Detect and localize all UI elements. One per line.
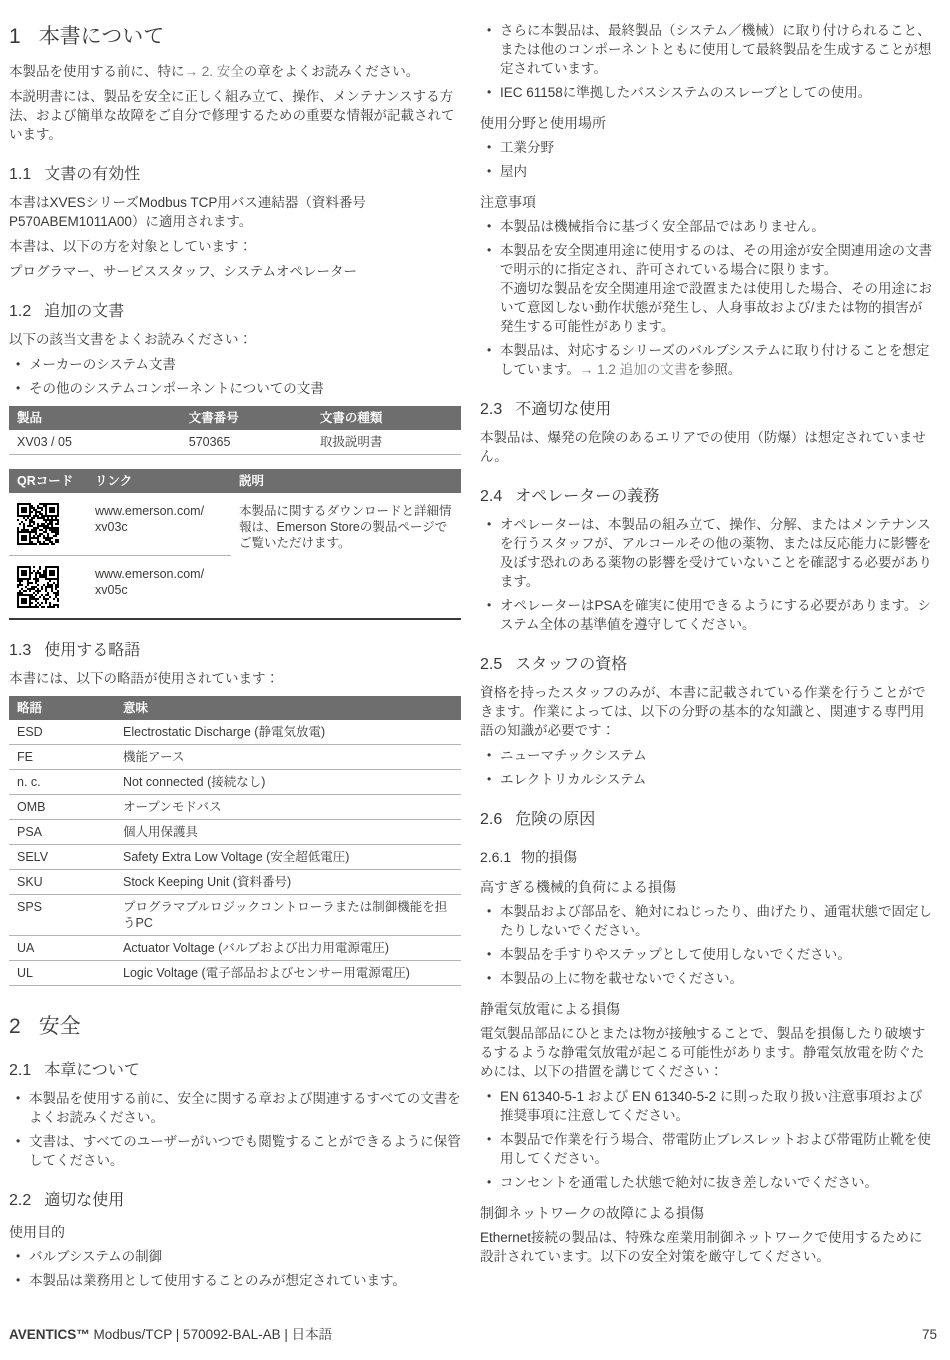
page-footer: AVENTICS™ Modbus/TCP | 570092-BAL-AB | 日…: [9, 1325, 937, 1344]
table-cell: OMB: [9, 795, 115, 820]
table-header-row: 製品 文書番号 文書の種類: [9, 406, 461, 430]
section-number: 2.3: [480, 401, 502, 418]
list-item: その他のシステムコンポーネントについての文書: [9, 379, 461, 398]
list-item-text: 工業分野: [500, 140, 554, 155]
section-title: 適切な使用: [44, 1192, 124, 1209]
list-item: オペレーターはPSAを確実に使用できるようにする必要があります。システム全体の基…: [480, 596, 932, 634]
list-item: オペレーターは、本製品の組み立て、操作、分解、またはメンテナンスを行うスタッフが…: [480, 515, 932, 591]
chapter-heading-1: 1本書について: [9, 24, 461, 50]
list-item-text: 本製品を使用する前に、安全に関する章および関連するすべての文書をよくお読みくださ…: [29, 1091, 461, 1125]
table-row: n. c.Not connected (接続なし): [9, 770, 461, 795]
paragraph: 資格を持ったスタッフのみが、本書に記載されている作業を行うことができます。作業に…: [480, 683, 932, 740]
list-item: コンセントを通電した状態で絶対に抜き差しないでください。: [480, 1173, 932, 1192]
table-row: SPSプログラマブルロジックコントローラまたは制御機能を担うPC: [9, 895, 461, 936]
table-header-row: QRコード リンク 説明: [9, 469, 461, 493]
list-item: 本製品を手すりやステップとして使用しないでください。: [480, 945, 932, 964]
list-item-text: その他のシステムコンポーネントについての文書: [29, 381, 324, 396]
paragraph: 本書には、以下の略語が使用されています：: [9, 669, 461, 688]
table-header-cell: リンク: [87, 469, 231, 493]
table-cell: [9, 556, 87, 620]
list-item-text: コンセントを通電した状態で絶対に抜き差しないでください。: [500, 1175, 878, 1190]
paragraph: 電気製品部品にひとまたは物が接触することで、製品を損傷したり破壊するするような静…: [480, 1024, 932, 1081]
table-header-cell: QRコード: [9, 469, 87, 493]
section-title: 本章について: [44, 1062, 140, 1079]
list-item-text: 本製品の上に物を載せないでください。: [500, 971, 743, 986]
column-left: 1本書について 本製品を使用する前に、特に→ 2. 安全の章をよくお読みください…: [9, 20, 461, 1296]
chapter-title: 安全: [39, 1015, 81, 1038]
list-item-text: 本製品は機械指令に基づく安全部品ではありません。: [500, 219, 825, 234]
paragraph: プログラマー、サービススタッフ、システムオペレーター: [9, 262, 461, 281]
list-item-text: メーカーのシステム文書: [29, 357, 176, 372]
table-cell: 本製品に関するダウンロードと詳細情報は、Emerson Storeの製品ページで…: [231, 493, 461, 619]
section-heading-2-4: 2.4オペレーターの義務: [480, 486, 932, 507]
table-cell: SKU: [9, 870, 115, 895]
list-item-text: オペレーターは、本製品の組み立て、操作、分解、またはメンテナンスを行うスタッフが…: [500, 517, 932, 589]
table-cell: SELV: [9, 845, 115, 870]
list-item: 本製品の上に物を載せないでください。: [480, 969, 932, 988]
list-item-text: 本製品を安全関連用途に使用するのは、その用途が安全関連用途の文書で明示的に指定さ…: [500, 243, 932, 334]
list-item: EN 61340-5-1 および EN 61340-5-2 に則った取り扱い注意…: [480, 1087, 932, 1125]
subheading-esd: 静電気放電による損傷: [480, 1000, 932, 1018]
column-right: さらに本製品は、最終製品（システム／機械）に取り付けられること、または他のコンポ…: [480, 20, 932, 1296]
table-cell: Safety Extra Low Voltage (安全超低電圧): [115, 845, 461, 870]
table-row: SELVSafety Extra Low Voltage (安全超低電圧): [9, 845, 461, 870]
table-cell: [9, 493, 87, 556]
bullet-list: メーカーのシステム文書 その他のシステムコンポーネントについての文書: [9, 355, 461, 398]
list-item: ニューマチックシステム: [480, 746, 932, 765]
section-heading-1-1: 1.1文書の有効性: [9, 164, 461, 185]
list-item: IEC 61158に準拠したバスシステムのスレーブとしての使用。: [480, 83, 932, 102]
brand-name: AVENTICS™: [9, 1327, 90, 1342]
paragraph-intro-2: 本説明書には、製品を安全に正しく組み立て、操作、メンテナンスする方法、および簡単…: [9, 87, 461, 144]
table-row: XV03 / 05 570365 取扱説明書: [9, 430, 461, 455]
text-run: 本製品を使用する前に、特に: [9, 64, 185, 79]
section-title: オペレーターの義務: [515, 488, 659, 505]
table-row: UAActuator Voltage (バルブおよび出力用電源電圧): [9, 936, 461, 961]
list-item-text: 本製品および部品を、絶対にねじったり、曲げたり、通電状態で固定したりしないでくだ…: [500, 904, 932, 938]
section-heading-1-3: 1.3使用する略語: [9, 640, 461, 661]
list-item: エレクトリカルシステム: [480, 770, 932, 789]
bullet-list: 本製品は機械指令に基づく安全部品ではありません。 本製品を安全関連用途に使用する…: [480, 217, 932, 379]
subheading-purpose: 使用目的: [9, 1223, 461, 1241]
table-cell: 個人用保護具: [115, 820, 461, 845]
section-title: スタッフの資格: [515, 656, 627, 673]
paragraph: 以下の該当文書をよくお読みください：: [9, 330, 461, 349]
table-cell: Actuator Voltage (バルブおよび出力用電源電圧): [115, 936, 461, 961]
section-title: 危険の原因: [515, 811, 595, 828]
table-row: www.emerson.com/ xv03c 本製品に関するダウンロードと詳細情…: [9, 493, 461, 556]
bullet-list: 本製品および部品を、絶対にねじったり、曲げたり、通電状態で固定したりしないでくだ…: [480, 902, 932, 988]
table-header-cell: 文書番号: [181, 406, 312, 430]
section-number: 2.1: [9, 1062, 31, 1079]
list-item-text: さらに本製品は、最終製品（システム／機械）に取り付けられること、または他のコンポ…: [500, 23, 931, 76]
table-cell: ESD: [9, 720, 115, 745]
section-title: 不適切な使用: [515, 401, 611, 418]
table-header-cell: 意味: [115, 696, 461, 720]
table-abbreviations: 略語 意味 ESDElectrostatic Discharge (静電気放電)…: [9, 696, 461, 986]
section-title: 物的損傷: [521, 849, 577, 865]
table-row: ESDElectrostatic Discharge (静電気放電): [9, 720, 461, 745]
table-cell: UL: [9, 961, 115, 986]
section-title: 使用する略語: [44, 642, 140, 659]
paragraph: 本書はXVESシリーズModbus TCP用バス連結器（資料番号P570ABEM…: [9, 193, 461, 231]
list-item: 文書は、すべてのユーザーがいつでも閲覧することができるように保管してください。: [9, 1132, 461, 1170]
qr-code-xv03c: [17, 503, 59, 545]
qr-code-xv05c: [17, 566, 59, 608]
list-item: 工業分野: [480, 138, 932, 157]
table-documents: 製品 文書番号 文書の種類 XV03 / 05 570365 取扱説明書: [9, 406, 461, 455]
list-item-text: バルブシステムの制御: [29, 1249, 162, 1264]
table-header-row: 略語 意味: [9, 696, 461, 720]
list-item-text: EN 61340-5-1 および EN 61340-5-2 に則った取り扱い注意…: [500, 1089, 922, 1123]
list-item-text: 本製品で作業を行う場合、帯電防止ブレスレットおよび帯電防止靴を使用してください。: [500, 1132, 931, 1166]
chapter-number: 2: [9, 1015, 21, 1038]
list-item-text: 本製品は業務用として使用することのみが想定されています。: [29, 1273, 406, 1288]
section-heading-2-5: 2.5スタッフの資格: [480, 654, 932, 675]
list-item-text: ニューマチックシステム: [500, 748, 647, 763]
footer-document-id: AVENTICS™ Modbus/TCP | 570092-BAL-AB | 日…: [9, 1325, 332, 1344]
list-item: さらに本製品は、最終製品（システム／機械）に取り付けられること、または他のコンポ…: [480, 21, 932, 78]
section-heading-2-2: 2.2適切な使用: [9, 1190, 461, 1211]
table-row: FE機能アース: [9, 745, 461, 770]
list-item: 屋内: [480, 162, 932, 181]
list-item-text: 文書は、すべてのユーザーがいつでも閲覧することができるように保管してください。: [29, 1134, 461, 1168]
page-body: 1本書について 本製品を使用する前に、特に→ 2. 安全の章をよくお読みください…: [0, 0, 950, 1296]
bullet-list: EN 61340-5-1 および EN 61340-5-2 に則った取り扱い注意…: [480, 1087, 932, 1192]
list-item: 本製品および部品を、絶対にねじったり、曲げたり、通電状態で固定したりしないでくだ…: [480, 902, 932, 940]
table-qr: QRコード リンク 説明 www.emerson.com/ xv03c 本製品に…: [9, 469, 461, 620]
subheading-fields-of-use: 使用分野と使用場所: [480, 114, 932, 132]
subheading-mechanical-load: 高すぎる機械的負荷による損傷: [480, 878, 932, 896]
bullet-list: オペレーターは、本製品の組み立て、操作、分解、またはメンテナンスを行うスタッフが…: [480, 515, 932, 634]
list-item: 本製品は業務用として使用することのみが想定されています。: [9, 1271, 461, 1290]
table-row: PSA個人用保護具: [9, 820, 461, 845]
page-number: 75: [922, 1325, 937, 1344]
manual-page: { "footer": {"brand": "AVENTICS™", "rest…: [0, 0, 950, 1360]
table-cell: Stock Keeping Unit (資料番号): [115, 870, 461, 895]
text-run: を参照。: [687, 362, 741, 377]
url-link[interactable]: www.emerson.com/ xv05c: [87, 556, 231, 620]
table-cell: XV03 / 05: [9, 430, 181, 455]
table-header-cell: 文書の種類: [312, 406, 461, 430]
cross-reference-link[interactable]: → 2. 安全: [185, 64, 244, 79]
cross-reference-link[interactable]: → 1.2 追加の文書: [580, 362, 687, 377]
bullet-list: バルブシステムの制御 本製品は業務用として使用することのみが想定されています。: [9, 1247, 461, 1290]
table-cell: Not connected (接続なし): [115, 770, 461, 795]
text-run: の章をよくお読みください。: [244, 64, 420, 79]
list-item-text: エレクトリカルシステム: [500, 772, 646, 787]
list-item: 本製品を安全関連用途に使用するのは、その用途が安全関連用途の文書で明示的に指定さ…: [480, 241, 932, 336]
bullet-list: ニューマチックシステム エレクトリカルシステム: [480, 746, 932, 789]
table-cell: Electrostatic Discharge (静電気放電): [115, 720, 461, 745]
table-cell: PSA: [9, 820, 115, 845]
table-header-cell: 略語: [9, 696, 115, 720]
table-row: OMBオープンモドバス: [9, 795, 461, 820]
section-heading-2-6-1: 2.6.1物的損傷: [480, 848, 932, 866]
section-heading-2-3: 2.3不適切な使用: [480, 399, 932, 420]
section-number: 1.2: [9, 303, 31, 320]
list-item: メーカーのシステム文書: [9, 355, 461, 374]
subheading-control-network: 制御ネットワークの故障による損傷: [480, 1204, 932, 1222]
section-number: 1.3: [9, 642, 31, 659]
bullet-list: 本製品を使用する前に、安全に関する章および関連するすべての文書をよくお読みくださ…: [9, 1089, 461, 1170]
table-cell: n. c.: [9, 770, 115, 795]
table-cell: SPS: [9, 895, 115, 936]
table-row: SKUStock Keeping Unit (資料番号): [9, 870, 461, 895]
table-cell: Logic Voltage (電子部品およびセンサー用電源電圧): [115, 961, 461, 986]
paragraph: 本製品は、爆発の危険のあるエリアでの使用（防爆）は想定されていません。: [480, 428, 932, 466]
list-item-text: IEC 61158に準拠したバスシステムのスレーブとしての使用。: [500, 85, 871, 100]
table-cell: 機能アース: [115, 745, 461, 770]
list-item: 本製品で作業を行う場合、帯電防止ブレスレットおよび帯電防止靴を使用してください。: [480, 1130, 932, 1168]
table-cell: オープンモドバス: [115, 795, 461, 820]
table-cell: UA: [9, 936, 115, 961]
list-item: 本製品は、対応するシリーズのバルブシステムに取り付けることを想定しています。→ …: [480, 341, 932, 379]
bullet-list: さらに本製品は、最終製品（システム／機械）に取り付けられること、または他のコンポ…: [480, 21, 932, 102]
url-link[interactable]: www.emerson.com/ xv03c: [87, 493, 231, 556]
bullet-list: 工業分野 屋内: [480, 138, 932, 181]
section-number: 2.4: [480, 488, 502, 505]
section-number: 1.1: [9, 166, 31, 183]
section-heading-2-6: 2.6危険の原因: [480, 809, 932, 830]
list-item-text: 本製品を手すりやステップとして使用しないでください。: [500, 947, 851, 962]
list-item-text: 屋内: [500, 164, 527, 179]
chapter-number: 1: [9, 25, 21, 48]
table-row: ULLogic Voltage (電子部品およびセンサー用電源電圧): [9, 961, 461, 986]
table-header-cell: 製品: [9, 406, 181, 430]
section-heading-1-2: 1.2追加の文書: [9, 301, 461, 322]
paragraph: 本書は、以下の方を対象としています：: [9, 237, 461, 256]
list-item: 本製品は機械指令に基づく安全部品ではありません。: [480, 217, 932, 236]
list-item: バルブシステムの制御: [9, 1247, 461, 1266]
paragraph: Ethernet接続の製品は、特殊な産業用制御ネットワークで使用するために設計さ…: [480, 1228, 932, 1266]
subheading-notes: 注意事項: [480, 193, 932, 211]
paragraph-intro-1: 本製品を使用する前に、特に→ 2. 安全の章をよくお読みください。: [9, 62, 461, 81]
chapter-heading-2: 2安全: [9, 1014, 461, 1040]
section-number: 2.6: [480, 811, 502, 828]
table-cell: プログラマブルロジックコントローラまたは制御機能を担うPC: [115, 895, 461, 936]
section-title: 文書の有効性: [44, 166, 140, 183]
section-number: 2.6.1: [480, 849, 511, 865]
table-cell: 取扱説明書: [312, 430, 461, 455]
section-number: 2.2: [9, 1192, 31, 1209]
chapter-title: 本書について: [39, 25, 165, 48]
section-heading-2-1: 2.1本章について: [9, 1060, 461, 1081]
table-cell: 570365: [181, 430, 312, 455]
list-item: 本製品を使用する前に、安全に関する章および関連するすべての文書をよくお読みくださ…: [9, 1089, 461, 1127]
section-number: 2.5: [480, 656, 502, 673]
section-title: 追加の文書: [44, 303, 124, 320]
list-item-text: オペレーターはPSAを確実に使用できるようにする必要があります。システム全体の基…: [500, 598, 931, 632]
table-header-cell: 説明: [231, 469, 461, 493]
footer-text: Modbus/TCP | 570092-BAL-AB | 日本語: [90, 1327, 332, 1342]
table-cell: FE: [9, 745, 115, 770]
